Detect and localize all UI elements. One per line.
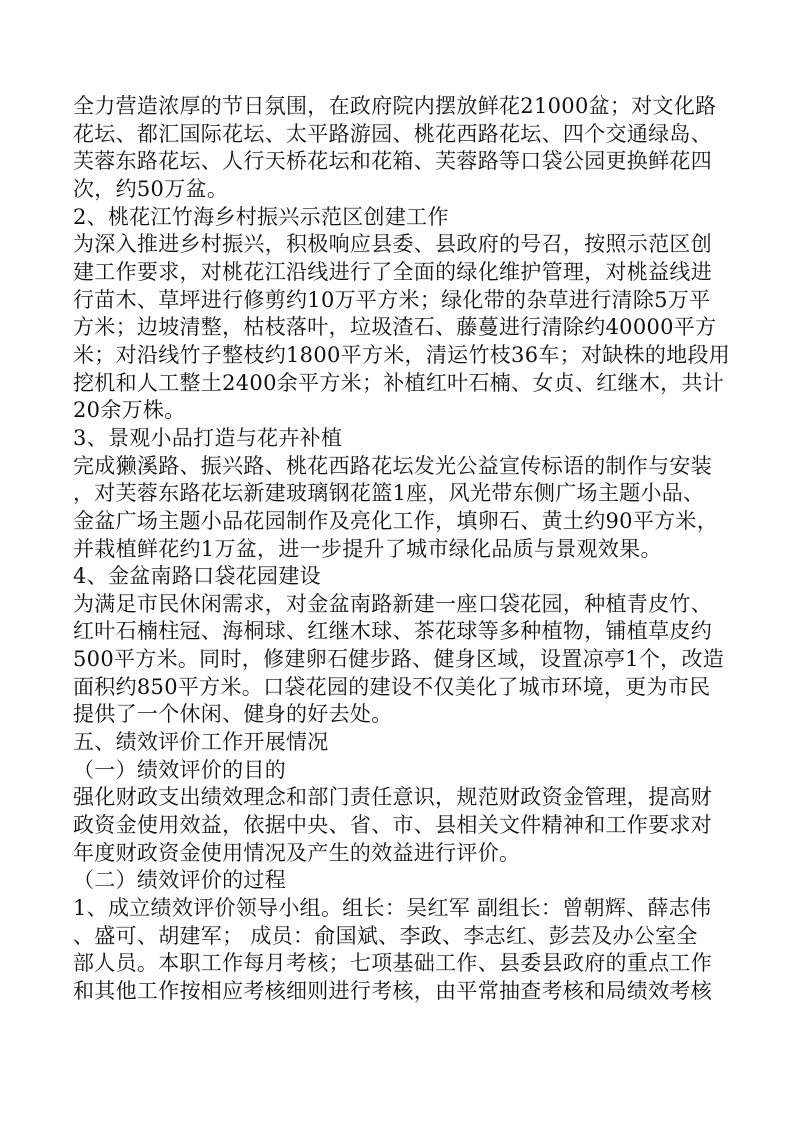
paragraph-line: 金盆广场主题小品花园制作及亮化工作，填卵石、黄土约90平方米， bbox=[73, 508, 733, 536]
paragraph-line: 和其他工作按相应考核细则进行考核，由平常抽查考核和局绩效考核 bbox=[73, 978, 733, 1006]
document-page: 全力营造浓厚的节日氛围，在政府院内摆放鲜花21000盆；对文化路 花坛、都汇国际… bbox=[73, 93, 733, 1006]
paragraph-line: 强化财政支出绩效理念和部门责任意识，规范财政资金管理，提高财 bbox=[73, 784, 733, 812]
paragraph-line: 行苗木、草坪进行修剪约10万平方米；绿化带的杂草进行清除5万平 bbox=[73, 287, 733, 315]
paragraph-line: 建工作要求，对桃花江沿线进行了全面的绿化维护管理，对桃益线进 bbox=[73, 259, 733, 287]
section-heading: 3、景观小品打造与花卉补植 bbox=[73, 425, 733, 453]
chapter-heading: 五、绩效评价工作开展情况 bbox=[73, 729, 733, 757]
paragraph-line: 米；对沿线竹子整枝约1800平方米，清运竹枝36车；对缺株的地段用 bbox=[73, 342, 733, 370]
paragraph-line: 部人员。本职工作每月考核；七项基础工作、县委县政府的重点工作 bbox=[73, 950, 733, 978]
paragraph-line: 完成獭溪路、振兴路、桃花西路花坛发光公益宣传标语的制作与安装 bbox=[73, 453, 733, 481]
section-heading: 2、桃花江竹海乡村振兴示范区创建工作 bbox=[73, 204, 733, 232]
paragraph-line: 方米；边坡清整，枯枝落叶，垃圾渣石、藤蔓进行清除约40000平方 bbox=[73, 314, 733, 342]
paragraph-line: 1、成立绩效评价领导小组。组长：吴红军 副组长：曾朝辉、薛志伟 bbox=[73, 895, 733, 923]
paragraph-line: 次，约50万盆。 bbox=[73, 176, 733, 204]
paragraph-line: 20余万株。 bbox=[73, 397, 733, 425]
paragraph-line: 并栽植鲜花约1万盆，进一步提升了城市绿化品质与景观效果。 bbox=[73, 536, 733, 564]
paragraph-line: 、盛可、胡建军； 成员：俞国斌、李政、李志红、彭芸及办公室全 bbox=[73, 923, 733, 951]
paragraph-line: 挖机和人工整土2400余平方米；补植红叶石楠、女贞、红继木，共计 bbox=[73, 370, 733, 398]
subsection-heading: （二）绩效评价的过程 bbox=[73, 867, 733, 895]
paragraph-line: ，对芙蓉东路花坛新建玻璃钢花篮1座，风光带东侧广场主题小品、 bbox=[73, 480, 733, 508]
paragraph-line: 年度财政资金使用情况及产生的效益进行评价。 bbox=[73, 840, 733, 868]
paragraph-line: 花坛、都汇国际花坛、太平路游园、桃花西路花坛、四个交通绿岛、 bbox=[73, 121, 733, 149]
paragraph-line: 全力营造浓厚的节日氛围，在政府院内摆放鲜花21000盆；对文化路 bbox=[73, 93, 733, 121]
paragraph-line: 面积约850平方米。口袋花园的建设不仅美化了城市环境，更为市民 bbox=[73, 674, 733, 702]
paragraph-line: 政资金使用效益，依据中央、省、市、县相关文件精神和工作要求对 bbox=[73, 812, 733, 840]
paragraph-line: 芙蓉东路花坛、人行天桥花坛和花箱、芙蓉路等口袋公园更换鲜花四 bbox=[73, 148, 733, 176]
subsection-heading: （一）绩效评价的目的 bbox=[73, 757, 733, 785]
section-heading: 4、金盆南路口袋花园建设 bbox=[73, 563, 733, 591]
paragraph-line: 为满足市民休闲需求，对金盆南路新建一座口袋花园，种植青皮竹、 bbox=[73, 591, 733, 619]
paragraph-line: 提供了一个休闲、健身的好去处。 bbox=[73, 701, 733, 729]
paragraph-line: 500平方米。同时，修建卵石健步路、健身区域，设置凉亭1个，改造 bbox=[73, 646, 733, 674]
paragraph-line: 红叶石楠柱冠、海桐球、红继木球、茶花球等多种植物，铺植草皮约 bbox=[73, 618, 733, 646]
paragraph-line: 为深入推进乡村振兴，积极响应县委、县政府的号召，按照示范区创 bbox=[73, 231, 733, 259]
